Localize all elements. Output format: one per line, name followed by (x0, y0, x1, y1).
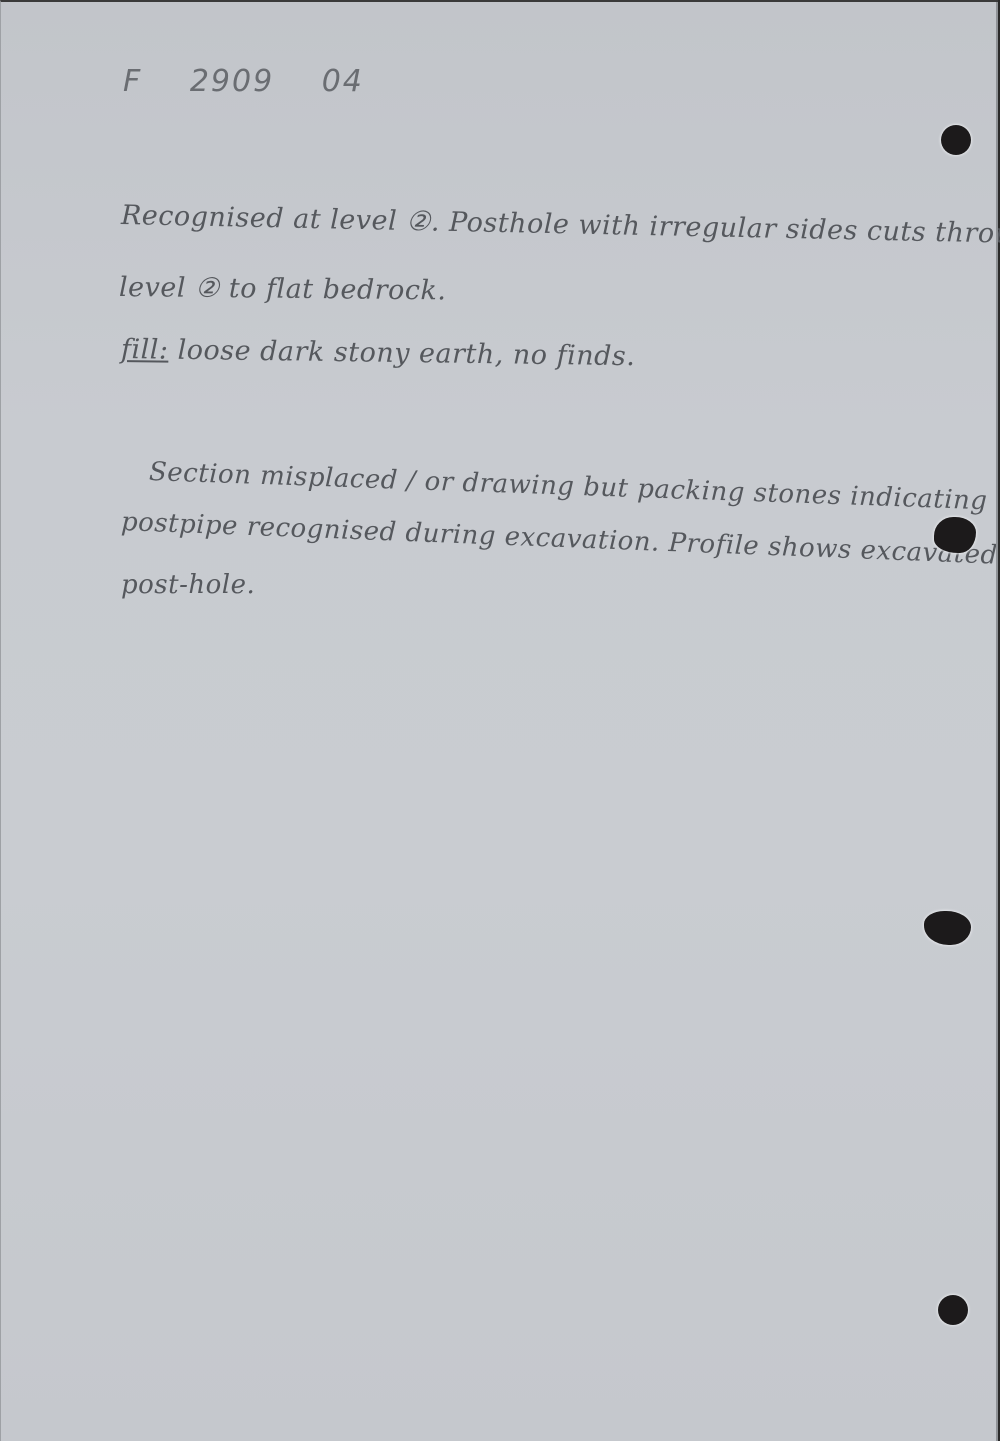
feature-letter: F (123, 64, 142, 99)
note-line: level ② to flat bedrock. (119, 272, 447, 306)
feature-reference: F 2909 04 (123, 64, 400, 99)
punch-hole-icon (924, 911, 971, 945)
fill-label: fill: (121, 334, 169, 366)
fill-description: fill: loose dark stony earth, no finds. (121, 334, 636, 372)
note-line: Recognised at level ②. Posthole with irr… (121, 200, 1000, 250)
punch-hole-icon (941, 125, 971, 155)
feature-number: 2909 (190, 64, 274, 99)
note-line: Section misplaced / or drawing but packi… (148, 457, 987, 516)
note-line: post-hole. (121, 570, 255, 600)
sheet-number: 04 (322, 64, 364, 99)
note-line: postpipe recognised during excavation. P… (120, 507, 998, 571)
punch-hole-icon (934, 517, 976, 553)
punch-hole-icon (938, 1295, 968, 1325)
fill-text: loose dark stony earth, no finds. (168, 335, 635, 373)
scanned-page: F 2909 04 Recognised at level ②. Posthol… (0, 0, 998, 1441)
